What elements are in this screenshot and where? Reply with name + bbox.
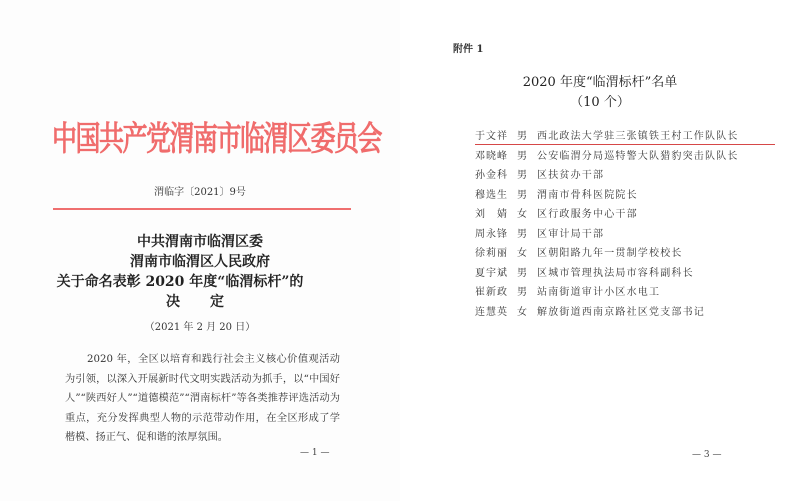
list-item: 崔新政 男 站南街道审计小区水电工	[475, 281, 775, 301]
list-item: 徐莉丽 女 区朝阳路九年一贯制学校校长	[475, 242, 775, 262]
list-item: 刘 婧 女 区行政服务中心干部	[475, 203, 775, 223]
honoree-role: 区行政服务中心干部	[537, 205, 638, 220]
issuing-authority-header: 中国共产党渭南市临渭区委员会	[52, 112, 372, 161]
honoree-role: 区城市管理执法局市容科副科长	[537, 264, 694, 279]
list-item: 连慧英 女 解放街道西南京路社区党支部书记	[475, 301, 775, 321]
title-line-2: 渭南市临渭区人民政府	[0, 252, 400, 272]
honoree-name: 穆选生	[475, 186, 517, 201]
honoree-gender: 男	[517, 283, 537, 298]
list-item: 穆选生 男 渭南市骨科医院院长	[475, 184, 775, 204]
page-number: — 1 —	[300, 448, 329, 458]
page-number: — 3 —	[692, 450, 721, 460]
honoree-gender: 女	[517, 205, 537, 220]
honoree-name: 崔新政	[475, 283, 517, 298]
title-line-3: 关于命名表彰 2020 年度“临渭标杆”的	[0, 272, 400, 292]
list-item: 周永锋 男 区审计局干部	[475, 223, 775, 243]
honoree-gender: 男	[517, 264, 537, 279]
honoree-role: 公安临渭分局巡特警大队猎豹突击队队长	[537, 147, 739, 162]
attachment-label: 附件 1	[453, 40, 483, 55]
honoree-role: 解放街道西南京路社区党支部书记	[537, 303, 705, 318]
honoree-name: 刘 婧	[475, 205, 517, 220]
honoree-role: 渭南市骨科医院院长	[537, 186, 638, 201]
list-title-main: 2020 年度“临渭标杆”名单	[523, 75, 678, 90]
document-number: 渭临字〔2021〕9号	[0, 183, 400, 198]
title-line-1: 中共渭南市临渭区委	[0, 232, 400, 252]
red-divider-rule	[53, 208, 351, 210]
list-item: 孙金科 男 区扶贫办干部	[475, 164, 775, 184]
honoree-gender: 女	[517, 303, 537, 318]
honoree-role: 站南街道审计小区水电工	[537, 283, 660, 298]
honoree-gender: 男	[517, 225, 537, 240]
title-line-4: 决定	[20, 292, 400, 312]
honoree-name: 夏宇斌	[475, 264, 517, 279]
honoree-gender: 男	[517, 127, 537, 142]
honoree-name: 连慧英	[475, 303, 517, 318]
document-date: （2021 年 2 月 20 日）	[0, 318, 400, 333]
list-title: 2020 年度“临渭标杆”名单 （10 个）	[400, 73, 800, 113]
honoree-role: 西北政法大学驻三张镇铁王村工作队队长	[537, 127, 739, 142]
honoree-gender: 男	[517, 186, 537, 201]
honoree-name: 邓晓峰	[475, 147, 517, 162]
list-item: 邓晓峰 男 公安临渭分局巡特警大队猎豹突击队队长	[475, 145, 775, 165]
honoree-name: 徐莉丽	[475, 244, 517, 259]
list-title-count: （10 个）	[400, 93, 800, 113]
honoree-role: 区扶贫办干部	[537, 166, 604, 181]
honoree-name: 于文祥	[475, 127, 517, 142]
honoree-role: 区朝阳路九年一贯制学校校长	[537, 244, 683, 259]
list-item: 夏宇斌 男 区城市管理执法局市容科副科长	[475, 262, 775, 282]
honoree-name: 孙金科	[475, 166, 517, 181]
honoree-gender: 女	[517, 244, 537, 259]
honoree-list: 于文祥 男 西北政法大学驻三张镇铁王村工作队队长 邓晓峰 男 公安临渭分局巡特警…	[475, 125, 775, 320]
honoree-name: 周永锋	[475, 225, 517, 240]
body-paragraph: 2020 年，全区以培育和践行社会主义核心价值观活动为引领，以深入开展新时代文明…	[65, 350, 340, 448]
document-page-1: 中国共产党渭南市临渭区委员会 渭临字〔2021〕9号 中共渭南市临渭区委 渭南市…	[0, 0, 400, 501]
honoree-role: 区审计局干部	[537, 225, 604, 240]
decision-title: 中共渭南市临渭区委 渭南市临渭区人民政府 关于命名表彰 2020 年度“临渭标杆…	[0, 232, 400, 312]
honoree-gender: 男	[517, 147, 537, 162]
list-item: 于文祥 男 西北政法大学驻三张镇铁王村工作队队长	[475, 125, 775, 145]
honoree-gender: 男	[517, 166, 537, 181]
